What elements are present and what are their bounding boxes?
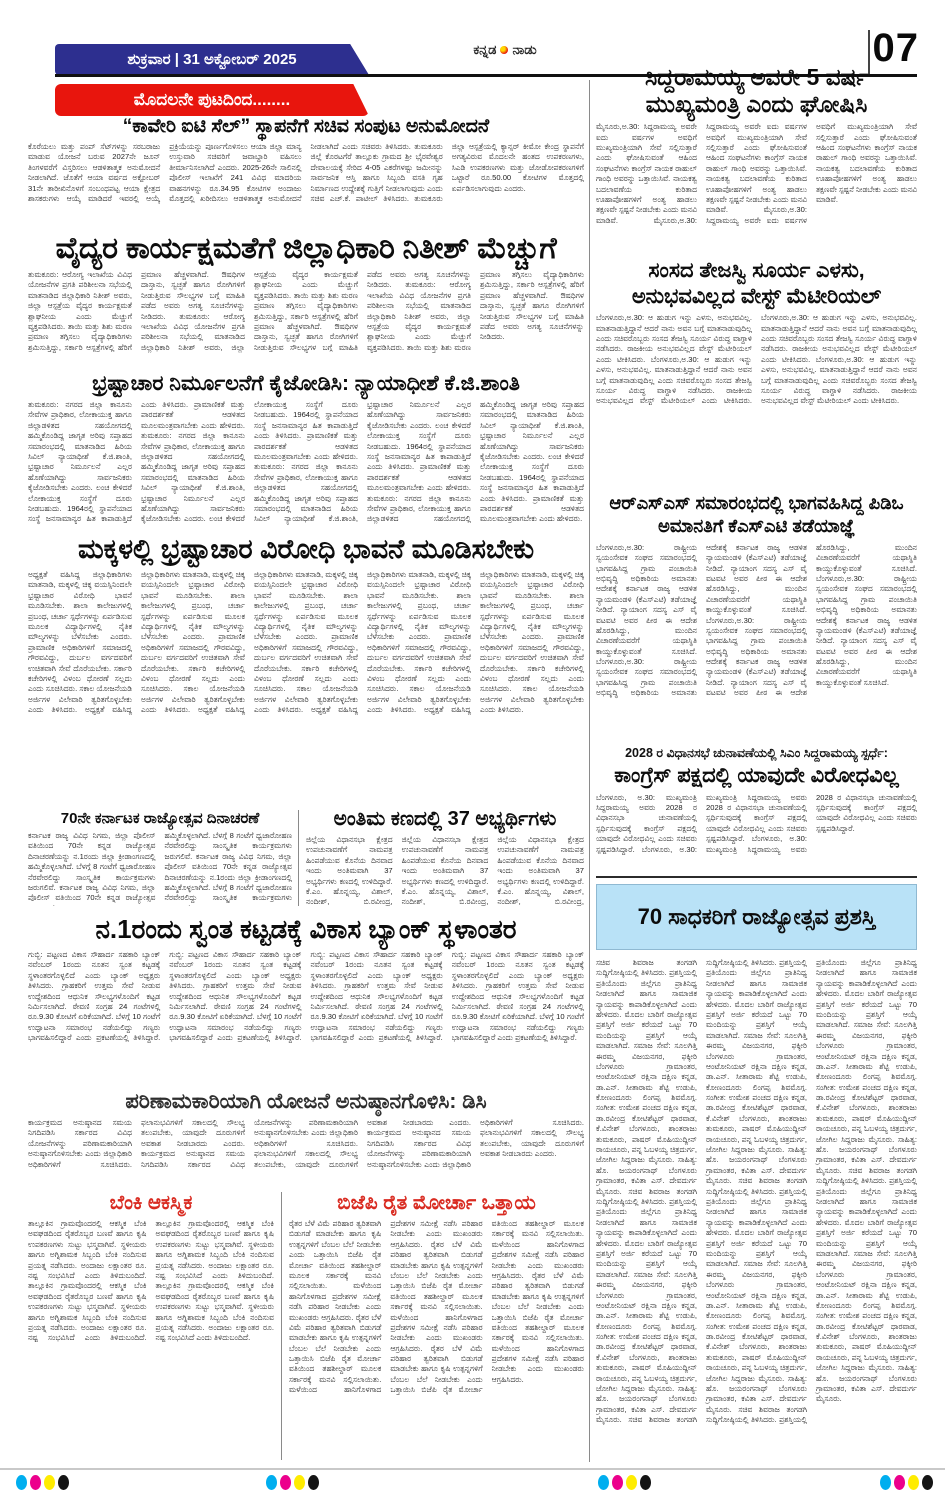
- newspaper-page: { "header": { "date": "ಶುಕ್ರವಾರ | 31 ಅಕ್…: [0, 0, 945, 1507]
- registration-dot-magenta: [894, 1475, 905, 1490]
- registration-dot-magenta: [280, 1475, 291, 1490]
- registration-dot-black: [922, 1475, 933, 1490]
- article-doctors-praise: ವೈದ್ಯರ ಕಾರ್ಯಕ್ಷಮತೆಗೆ ಜಿಲ್ಲಾಧಿಕಾರಿ ನಿತೀಶ್…: [28, 232, 584, 368]
- article-body: ಕಾರ್ಯಕ್ರಮದ ಅನುಷ್ಠಾನದ ಸಮಯ ನಿಗದಿಪಡಿಸಿ ಸರ್ಕ…: [28, 1118, 584, 1188]
- registration-dot-black: [640, 1475, 651, 1490]
- article-body: ಕರ್ನಾಟಕ ರಾಜ್ಯ ವಿವಿಧ ನಿಗಮ, ಜಿಲ್ಲಾ ಪೊಲೀಸ್ …: [28, 831, 292, 906]
- headline: ಕಾಂಗ್ರೆಸ್ ಪಕ್ಷದಲ್ಲಿ ಯಾವುದೇ ವಿರೋಧವಿಲ್ಲ: [596, 763, 917, 789]
- article-rajyotsava-awards-list: ಸಚಿವ ಶಿವರಾಜ ತಂಗಡಗಿ ಸುದ್ದಿಗೋಷ್ಠಿಯಲ್ಲಿ ತಿಳ…: [596, 958, 917, 1462]
- article-judge-shanti: ಭ್ರಷ್ಟಾಚಾರ ನಿರ್ಮೂಲನೆಗೆ ಕೈಜೋಡಿಸಿ: ನ್ಯಾಯಾಧ…: [28, 372, 584, 530]
- article-bjp-raitha-morcha: ಬಿಜೆಪಿ ರೈತ ಮೋರ್ಚಾ ಒತ್ತಾಯ ರೈತರ ಬೆಳೆ ವಿಮೆ …: [289, 1192, 584, 1460]
- headline: ಭ್ರಷ್ಟಾಚಾರ ನಿರ್ಮೂಲನೆಗೆ ಕೈಜೋಡಿಸಿ: ನ್ಯಾಯಾಧ…: [28, 372, 584, 396]
- article-body: ಕೊರೆಯಲು ಮತ್ತು ಪಂಪ್ ಸೆಟ್‌ಗಳನ್ನು ಸರಬರಾಜು ಮ…: [28, 142, 584, 228]
- column-divider-main: [589, 80, 590, 1462]
- masthead-logo-icon: [500, 46, 508, 54]
- article-body: ಮೈಸೂರು,ಅ.30: ಸಿದ್ದರಾಮಯ್ಯ ಅವರೇ ಐದು ವರ್ಷಗಳ…: [596, 122, 917, 254]
- article-body: ಜಿಲ್ಲೆಯ ವಿಧಾನಸಭಾ ಕ್ಷೇತ್ರದ ಉಪಚುನಾವಣೆಗೆ ನಾ…: [306, 835, 584, 906]
- continued-from-banner: ಮೊದಲನೇ ಪುಟದಿಂದ........: [55, 84, 369, 116]
- headline: ಸಂಸದ ತೇಜಸ್ವಿ ಸೂರ್ಯ ಎಳಸು, ಅನುಭವವಿಲ್ಲದ ವೇಸ…: [596, 258, 917, 309]
- registration-marks-group: [880, 1475, 933, 1490]
- registration-marks-group: [266, 1475, 319, 1490]
- article-body: ಬೆಂಗಳೂರು,ಅ.30: ಆ ಹುಡುಗ ಇನ್ನು ಎಳಸು, ಅನುಭವ…: [596, 313, 917, 488]
- date-banner: ಶುಕ್ರವಾರ | 31 ಅಕ್ಟೋಬರ್ 2025: [55, 44, 369, 75]
- article-body: ಗುಬ್ಬಿ: ಪಟ್ಟಣದ ವಿಕಾಸ ಸೌಹಾರ್ದ ಸಹಕಾರಿ ಬ್ಯಾ…: [28, 950, 584, 1084]
- masthead-title-right: ನಾಡು: [512, 42, 536, 58]
- award-title: 70 ಸಾಧಕರಿಗೆ ರಾಜ್ಯೋತ್ಸವ ಪ್ರಶಸ್ತಿ: [638, 903, 876, 931]
- headline: ನ.1ರಂದು ಸ್ವಂತ ಕಟ್ಟಡಕ್ಕೆ ವಿಕಾಸ ಬ್ಯಾಂಕ್ ಸ್…: [28, 914, 584, 946]
- article-body: ತುಮಕೂರು: ನಗರದ ಜಿಲ್ಲಾ ಕಾನೂನು ಸೇವೆಗಳ ಪ್ರಾಧ…: [28, 400, 584, 530]
- registration-dot-magenta: [612, 1475, 623, 1490]
- headline: 70ನೇ ಕರ್ನಾಟಕ ರಾಜ್ಯೋತ್ಸವ ದಿನಾಚರಣೆ: [28, 810, 292, 827]
- article-siddaramaiah-5years: ಸಿದ್ದರಾಮಯ್ಯ ಅವರೇ 5 ವರ್ಷ ಮುಖ್ಯಮಂತ್ರಿ ಎಂದು…: [596, 64, 917, 254]
- column-divider-bottomrow: [281, 1192, 282, 1460]
- headline: ಬೆಂಕಿ ಆಕಸ್ಮಿಕ: [28, 1192, 274, 1215]
- article-rajyotsava-celebration: 70ನೇ ಕರ್ನಾಟಕ ರಾಜ್ಯೋತ್ಸವ ದಿನಾಚರಣೆ ಕರ್ನಾಟಕ…: [28, 810, 292, 906]
- headline: “ಕಾವೇರಿ ಐಟಿ ಸೆಲ್” ಸ್ಥಾಪನೆಗೆ ಸಚಿವ ಸಂಪುಟ ಅ…: [28, 116, 584, 138]
- article-congress-no-opposition: 2028 ರ ವಿಧಾನಸಭೆ ಚುನಾವಣೆಯಲ್ಲಿ ಸಿಎಂ ಸಿದ್ದರ…: [596, 746, 917, 868]
- headline-kicker: 2028 ರ ವಿಧಾನಸಭೆ ಚುನಾವಣೆಯಲ್ಲಿ ಸಿಎಂ ಸಿದ್ದರ…: [596, 746, 917, 761]
- registration-marks-group: [598, 1475, 651, 1490]
- article-body: ಅಧ್ಯಕ್ಷತೆ ವಹಿಸಿದ್ದ ಜಿಲ್ಲಾಧಿಕಾರಿಗಳು ಮಾತನಾ…: [28, 570, 584, 804]
- article-body: ಬೆಂಗಳೂರು, ಅ.30: ಮುಖ್ಯಮಂತ್ರಿ ಸಿದ್ದರಾಮಯ್ಯ …: [596, 793, 917, 868]
- article-ksat-stay-pdo: ಆರ್‌ಎಸ್‌ಎಸ್ ಸಮಾರಂಭದಲ್ಲಿ ಭಾಗವಹಿಸಿದ್ದ ಪಿಡಿ…: [596, 492, 917, 742]
- registration-dot-cyan: [598, 1475, 609, 1490]
- registration-dot-magenta: [30, 1475, 41, 1490]
- headline: ಸಿದ್ದರಾಮಯ್ಯ ಅವರೇ 5 ವರ್ಷ ಮುಖ್ಯಮಂತ್ರಿ ಎಂದು…: [596, 64, 917, 118]
- registration-marks-group: [16, 1475, 69, 1490]
- article-children-anticorruption: ಮಕ್ಕಳಲ್ಲಿ ಭ್ರಷ್ಟಾಚಾರ ವಿರೋಧಿ ಭಾವನೆ ಮೂಡಿಸಬ…: [28, 534, 584, 804]
- footer-rule: [0, 1468, 945, 1470]
- award-section-rule: [596, 876, 917, 878]
- article-body: ತುಮಕೂರು: ಆರೋಗ್ಯ ಇಲಾಖೆಯ ವಿವಿಧ ಯೋಜನೆಗಳ ಪ್ರ…: [28, 270, 584, 368]
- column-divider-subrow: [298, 810, 299, 906]
- headline: ಪರಿಣಾಮಕಾರಿಯಾಗಿ ಯೋಜನೆ ಅನುಷ್ಠಾನಗೊಳಿಸಿ: ಡಿಸ…: [28, 1090, 584, 1114]
- article-implement-schemes-dc: ಪರಿಣಾಮಕಾರಿಯಾಗಿ ಯೋಜನೆ ಅನುಷ್ಠಾನಗೊಳಿಸಿ: ಡಿಸ…: [28, 1090, 584, 1188]
- article-body: ಬೆಂಗಳೂರು,ಅ.30: ರಾಷ್ಟ್ರೀಯ ಸ್ವಯಂಸೇವಕ ಸಂಘದ …: [596, 543, 917, 742]
- registration-dot-yellow: [908, 1475, 919, 1490]
- registration-dot-cyan: [266, 1475, 277, 1490]
- article-body: ತಾಲ್ಲೂಕಿನ ಗ್ರಾಮವೊಂದರಲ್ಲಿ ಆಕಸ್ಮಿಕ ಬೆಂಕಿ ಅ…: [28, 1219, 274, 1460]
- registration-dot-cyan: [16, 1475, 27, 1490]
- masthead-title-left: ಕನ್ನಡ: [473, 42, 496, 58]
- article-body: ರೈತರ ಬೆಳೆ ವಿಮೆ ಪರಿಹಾರ ತ್ವರಿತವಾಗಿ ಬಿಡುಗಡೆ…: [289, 1219, 584, 1460]
- article-body: ಸಚಿವ ಶಿವರಾಜ ತಂಗಡಗಿ ಸುದ್ದಿಗೋಷ್ಠಿಯಲ್ಲಿ ತಿಳ…: [596, 958, 917, 1462]
- article-fire-accident: ಬೆಂಕಿ ಆಕಸ್ಮಿಕ ತಾಲ್ಲೂಕಿನ ಗ್ರಾಮವೊಂದರಲ್ಲಿ ಆ…: [28, 1192, 274, 1460]
- registration-dot-black: [58, 1475, 69, 1490]
- headline: ಬಿಜೆಪಿ ರೈತ ಮೋರ್ಚಾ ಒತ್ತಾಯ: [289, 1192, 584, 1215]
- registration-dot-cyan: [880, 1475, 891, 1490]
- registration-dot-yellow: [294, 1475, 305, 1490]
- article-37-candidates: ಅಂತಿಮ ಕಣದಲ್ಲಿ 37 ಅಭ್ಯರ್ಥಿಗಳು ಜಿಲ್ಲೆಯ ವಿಧ…: [306, 808, 584, 906]
- headline: ಆರ್‌ಎಸ್‌ಎಸ್ ಸಮಾರಂಭದಲ್ಲಿ ಭಾಗವಹಿಸಿದ್ದ ಪಿಡಿ…: [596, 492, 917, 539]
- registration-dot-yellow: [626, 1475, 637, 1490]
- registration-dot-yellow: [44, 1475, 55, 1490]
- award-title-box: 70 ಸಾಧಕರಿಗೆ ರಾಜ್ಯೋತ್ಸವ ಪ್ರಶಸ್ತಿ: [596, 884, 917, 950]
- article-vikas-bank: ನ.1ರಂದು ಸ್ವಂತ ಕಟ್ಟಡಕ್ಕೆ ವಿಕಾಸ ಬ್ಯಾಂಕ್ ಸ್…: [28, 914, 584, 1084]
- headline: ಅಂತಿಮ ಕಣದಲ್ಲಿ 37 ಅಭ್ಯರ್ಥಿಗಳು: [306, 808, 584, 831]
- headline: ವೈದ್ಯರ ಕಾರ್ಯಕ್ಷಮತೆಗೆ ಜಿಲ್ಲಾಧಿಕಾರಿ ನಿತೀಶ್…: [28, 232, 584, 266]
- headline: ಮಕ್ಕಳಲ್ಲಿ ಭ್ರಷ್ಟಾಚಾರ ವಿರೋಧಿ ಭಾವನೆ ಮೂಡಿಸಬ…: [28, 534, 584, 566]
- article-cauvery-it-cell: “ಕಾವೇರಿ ಐಟಿ ಸೆಲ್” ಸ್ಥಾಪನೆಗೆ ಸಚಿವ ಸಂಪುಟ ಅ…: [28, 116, 584, 228]
- registration-dot-black: [308, 1475, 319, 1490]
- masthead: ಕನ್ನಡ ನಾಡು: [400, 38, 610, 62]
- article-tejasvi-surya: ಸಂಸದ ತೇಜಸ್ವಿ ಸೂರ್ಯ ಎಳಸು, ಅನುಭವವಿಲ್ಲದ ವೇಸ…: [596, 258, 917, 488]
